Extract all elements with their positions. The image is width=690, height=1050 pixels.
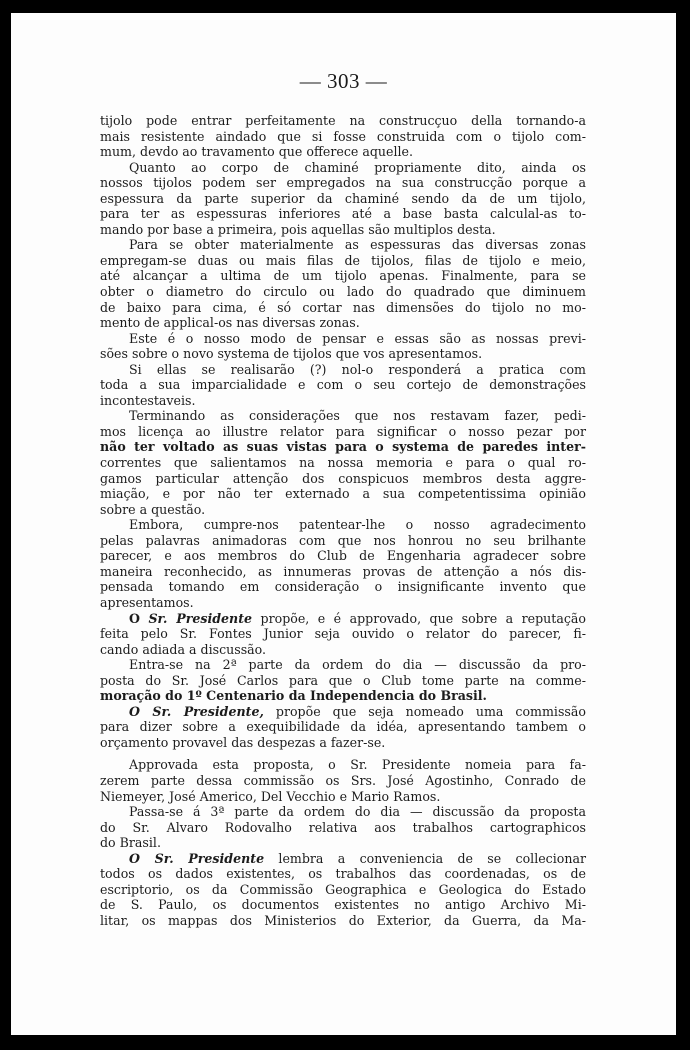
page-number: — 303 — [11,69,676,94]
speaker-name: Sr. Presidente [148,611,252,626]
text-line: de S. Paulo, os documentos existentes no… [100,897,586,913]
paragraph: Este é o nosso modo de pensar e essas sã… [100,331,586,362]
text-line: do Brasil. [100,835,586,851]
text-line: todos os dados existentes, os trabalhos … [100,866,586,882]
lead-letter: O [129,611,140,626]
text-line: mais resistente aindado que si fosse con… [100,129,586,145]
text-line: correntes que salientamos na nossa memor… [100,455,586,471]
text-line: zerem parte dessa commissão os Srs. José… [100,773,586,789]
document-page: — 303 — tijolo pode entrar perfeitamente… [11,13,676,1035]
text-line: mos licença ao illustre relator para sig… [100,424,586,440]
paragraph: Quanto ao corpo de chaminé propriamente … [100,160,586,238]
text-line: obter o diametro do circulo ou lado do q… [100,284,586,300]
paragraph: Para se obter materialmente as espessura… [100,237,586,330]
text-line: gamos particular attenção dos conspicuos… [100,471,586,487]
text-line: espessura da parte superior da chaminé s… [100,191,586,207]
text-line: incontestaveis. [100,393,586,409]
text-line: sões sobre o novo systema de tijolos que… [100,346,586,362]
paragraph: Embora, cumpre-nos patentear-lhe o nosso… [100,517,586,610]
text-line: moração do 1º Centenario da Independenci… [100,688,586,704]
text-line: mum, devdo ao travamento que offerece aq… [100,144,586,160]
text-line: para dizer sobre a exequibilidade da idé… [100,719,586,735]
text-line: litar, os mappas dos Ministerios do Exte… [100,913,586,929]
minutes-paragraph: O Sr. Presidente lembra a conveniencia d… [100,851,586,929]
text-line: Si ellas se realisarão (?) nol-o respond… [100,362,586,378]
text-line: Para se obter materialmente as espessura… [100,237,586,253]
minutes-paragraph: Passa-se á 3ª parte da ordem do dia — di… [100,804,586,851]
text-line: até alcançar a ultima de um tijolo apena… [100,268,586,284]
text-line: nossos tijolos podem ser empregados na s… [100,175,586,191]
text-line: Entra-se na 2ª parte da ordem do dia — d… [100,657,586,673]
minutes-paragraph: Entra-se na 2ª parte da ordem do dia — d… [100,657,586,704]
text-line: mento de applical-os nas diversas zonas. [100,315,586,331]
text-line: O Sr. Presidente, propõe que seja nomead… [100,704,586,720]
text-line: Embora, cumpre-nos patentear-lhe o nosso… [100,517,586,533]
text-fragment: propõe que seja nomeado uma commissão [276,704,586,719]
paragraph: Terminando as considerações que nos rest… [100,408,586,517]
paragraph: Si ellas se realisarão (?) nol-o respond… [100,362,586,409]
text-line: cando adiada a discussão. [100,642,586,658]
text-fragment: lembra a conveniencia de se collecionar [278,851,586,866]
text-line: Quanto ao corpo de chaminé propriamente … [100,160,586,176]
text-line: posta do Sr. José Carlos para que o Club… [100,673,586,689]
body-text: tijolo pode entrar perfeitamente na cons… [100,113,586,928]
text-line: Este é o nosso modo de pensar e essas sã… [100,331,586,347]
speaker-name: O Sr. Presidente, [129,704,264,719]
paragraph: tijolo pode entrar perfeitamente na cons… [100,113,586,160]
text-line: pensada tomando em consideração o insign… [100,579,586,595]
text-line: Niemeyer, José Americo, Del Vecchio e Ma… [100,789,586,805]
text-line: mando por base a primeira, pois aquellas… [100,222,586,238]
text-line: Passa-se á 3ª parte da ordem do dia — di… [100,804,586,820]
text-fragment: propõe, e é approvado, que sobre a reput… [261,611,586,626]
text-line: empregam-se duas ou mais filas de tijolo… [100,253,586,269]
text-line: O Sr. Presidente propõe, e é approvado, … [100,611,586,627]
speaker-name: O Sr. Presidente [129,851,264,866]
text-line: pelas palavras animadoras com que nos ho… [100,533,586,549]
text-line: tijolo pode entrar perfeitamente na cons… [100,113,586,129]
text-line: para ter as espessuras inferiores até a … [100,206,586,222]
text-line: não ter voltado as suas vistas para o sy… [100,439,586,455]
text-line: miação, e por não ter externado a sua co… [100,486,586,502]
text-line: parecer, e aos membros do Club de Engenh… [100,548,586,564]
text-line: orçamento provavel das despezas a fazer-… [100,735,586,751]
text-line: Approvada esta proposta, o Sr. President… [100,757,586,773]
text-line: toda a sua imparcialidade e com o seu co… [100,377,586,393]
text-line: do Sr. Alvaro Rodovalho relativa aos tra… [100,820,586,836]
text-line: feita pelo Sr. Fontes Junior seja ouvido… [100,626,586,642]
text-line: escriptorio, os da Commissão Geographica… [100,882,586,898]
text-line: maneira reconhecido, as innumeras provas… [100,564,586,580]
text-line: O Sr. Presidente lembra a conveniencia d… [100,851,586,867]
minutes-paragraph: O Sr. Presidente propõe, e é approvado, … [100,611,586,658]
minutes-paragraph: O Sr. Presidente, propõe que seja nomead… [100,704,586,751]
text-line: Terminando as considerações que nos rest… [100,408,586,424]
text-line: sobre a questão. [100,502,586,518]
text-line: de baixo para cima, é só cortar nas dime… [100,300,586,316]
text-line: apresentamos. [100,595,586,611]
minutes-paragraph: Approvada esta proposta, o Sr. President… [100,757,586,804]
